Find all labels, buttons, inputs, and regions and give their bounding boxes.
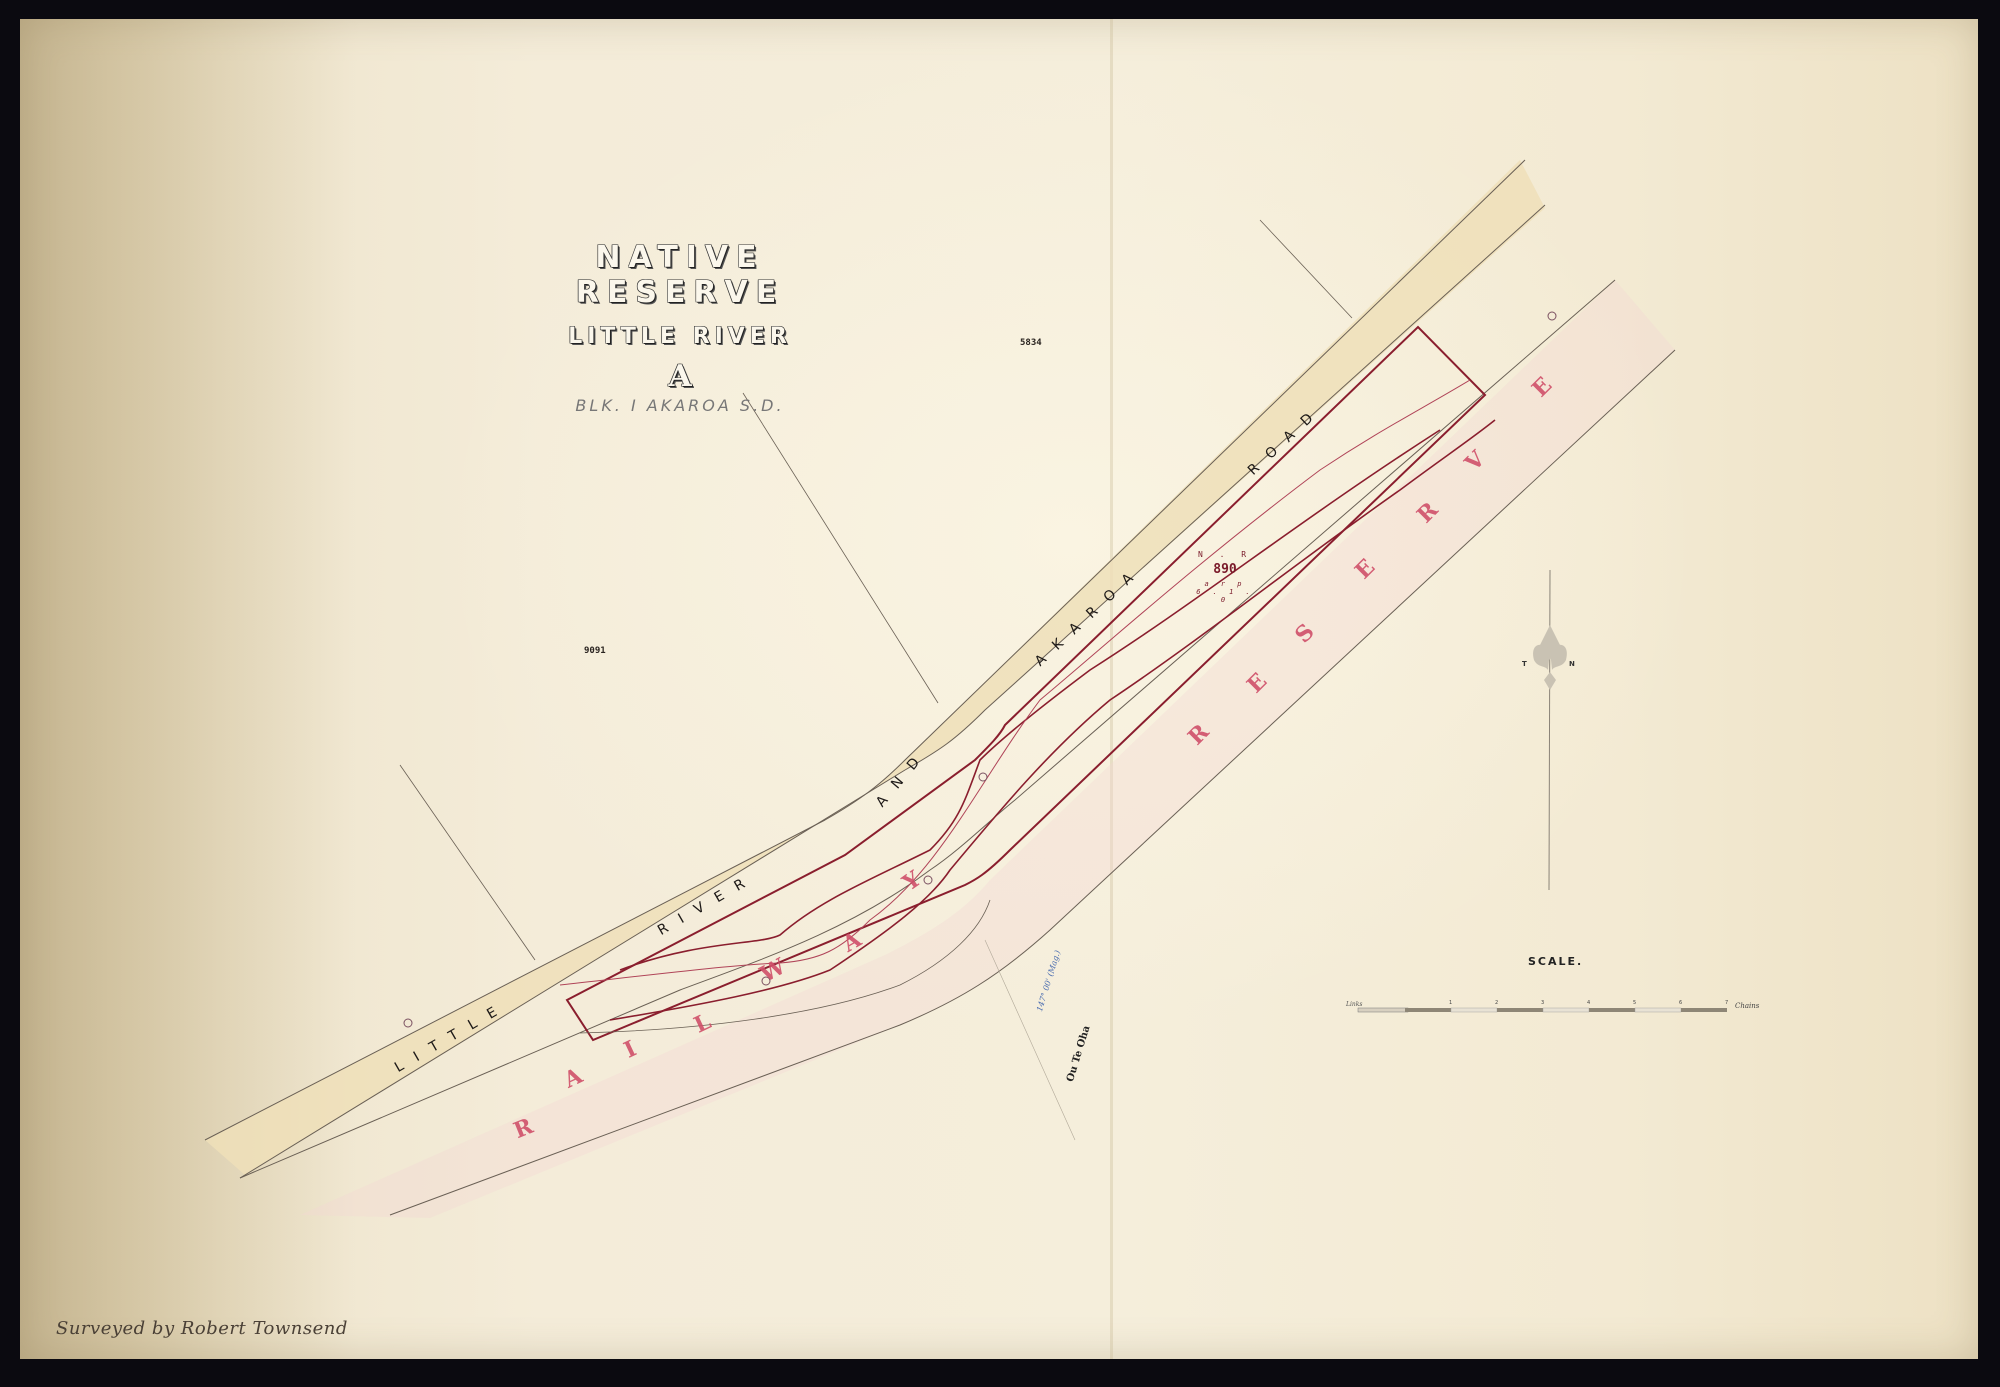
map-block-reference: BLK. I AKAROA S.D.: [460, 396, 900, 415]
river-line: [610, 420, 1495, 1020]
section-line: [1260, 220, 1352, 318]
scale-unit-label: Chains: [1735, 1002, 1759, 1010]
section-line: [743, 393, 938, 703]
map-subtitle: LITTLE RIVER: [460, 324, 900, 349]
map-letter: A: [460, 359, 900, 394]
scale-tick-label: 3: [1541, 1000, 1544, 1006]
reserve-code: N . R: [1195, 550, 1255, 559]
surveyor-credit: Surveyed by Robert Townsend: [56, 1318, 348, 1339]
map-drawing: [0, 0, 2000, 1387]
map-title-block: NATIVE RESERVE LITTLE RIVER A BLK. I AKA…: [460, 240, 900, 415]
survey-station: [979, 773, 987, 781]
north-arrow: [1533, 570, 1567, 890]
scale-bar: [1358, 1008, 1727, 1012]
scale-tick-label: 1: [1449, 1000, 1452, 1006]
scale-tick-label: 2: [1495, 1000, 1498, 1006]
scale-tick-label: 6: [1679, 1000, 1682, 1006]
reserve-label: N . R 890 a r p 6 . 1 . 0: [1195, 550, 1255, 604]
survey-station: [404, 1019, 412, 1027]
scale-tick-label: 4: [1587, 1000, 1590, 1006]
scale-links-label: Links: [1346, 1001, 1362, 1008]
map-title: NATIVE RESERVE: [460, 240, 900, 310]
section-number: 5834: [1020, 338, 1042, 348]
north-arrow-left-letter: T: [1522, 660, 1527, 668]
survey-station: [924, 876, 932, 884]
scale-tick-label: 5: [1633, 1000, 1636, 1006]
reserve-area: 6 . 1 . 0: [1195, 588, 1255, 604]
railway-reserve-band: [300, 280, 1675, 1218]
survey-station: [1548, 312, 1556, 320]
scale-tick-label: 7: [1725, 1000, 1728, 1006]
scale-title: SCALE.: [1528, 955, 1583, 968]
section-line: [400, 765, 535, 960]
reserve-area-units: a r p: [1195, 580, 1255, 588]
section-number: 9091: [584, 646, 606, 656]
north-arrow-right-letter: N: [1569, 660, 1575, 668]
section-line: [985, 940, 1075, 1140]
reserve-number: 890: [1195, 562, 1255, 577]
